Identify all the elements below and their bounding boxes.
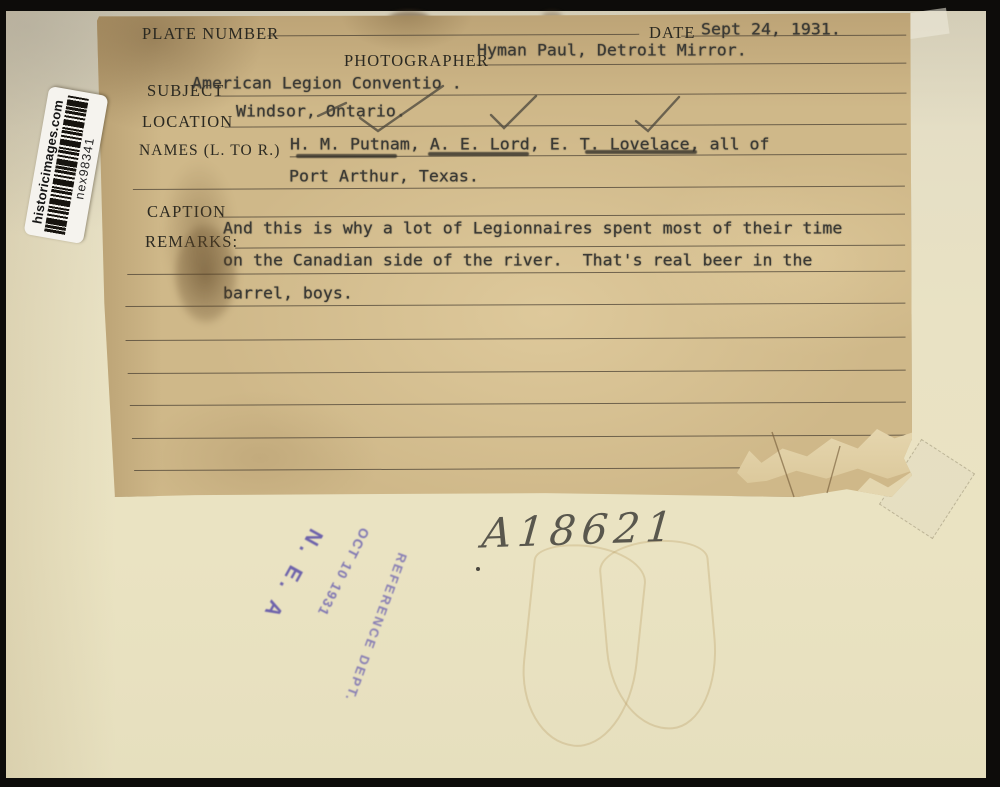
scanned-photo-back: PLATE NUMBER DATE PHOTOGRAPHER SUBJECT L…	[0, 0, 1000, 787]
pencil-checkmarks	[6, 11, 986, 778]
card-crack-line	[827, 446, 840, 493]
pencil-check-2	[491, 96, 536, 128]
pencil-dot	[476, 567, 480, 571]
pencil-slash	[318, 103, 346, 116]
photo-paper-back: PLATE NUMBER DATE PHOTOGRAPHER SUBJECT L…	[6, 11, 986, 778]
card-crack-line	[772, 432, 794, 497]
handwritten-id: A18621	[480, 502, 680, 557]
pencil-check-3	[636, 97, 679, 131]
pencil-check-1	[360, 86, 443, 131]
